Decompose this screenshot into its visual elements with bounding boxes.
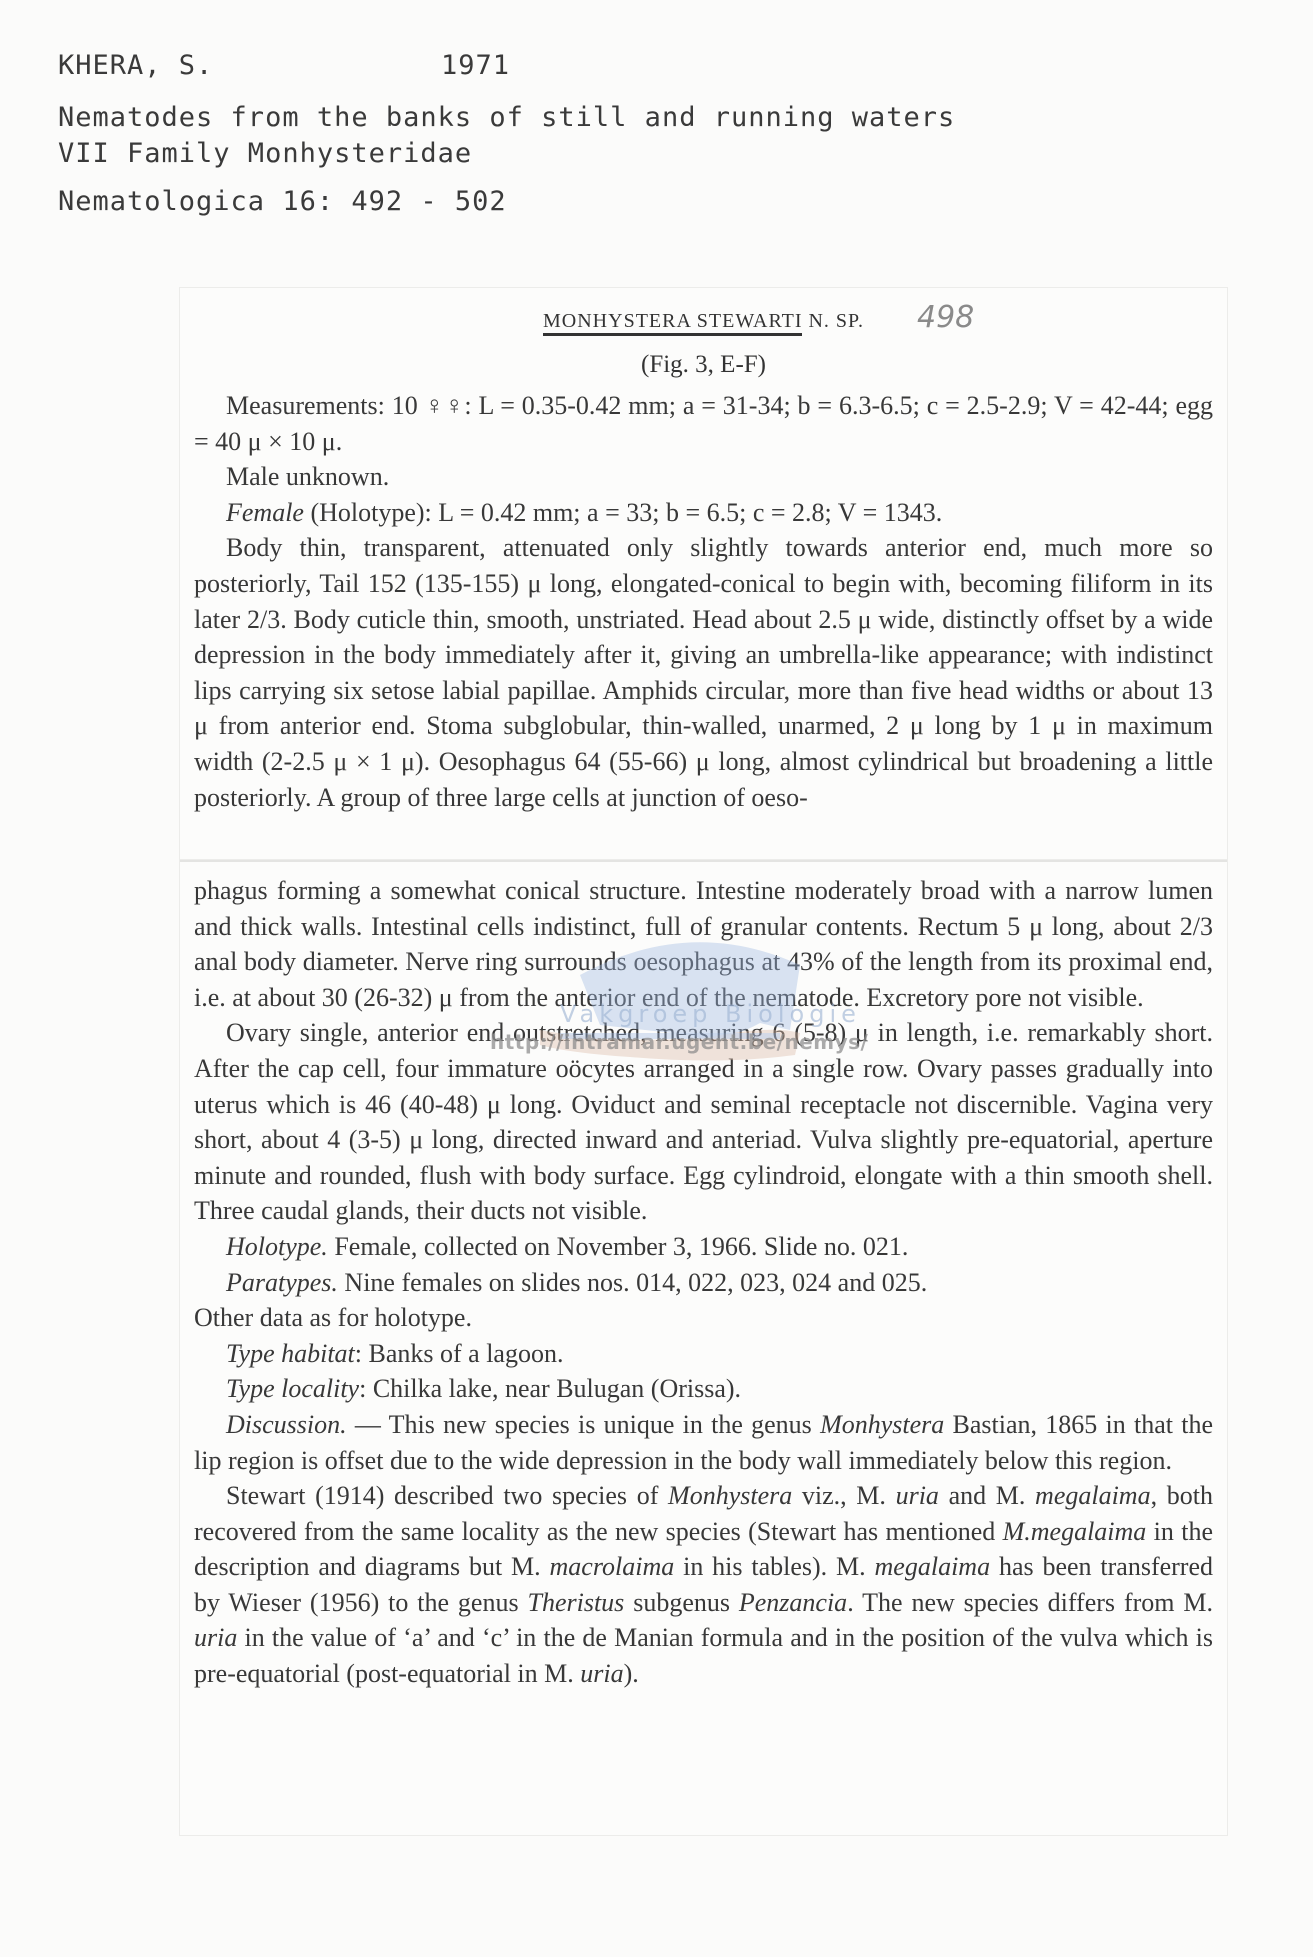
holotype-paragraph: Holotype. Female, collected on November … bbox=[194, 1229, 1213, 1265]
italic-term: uria bbox=[896, 1481, 939, 1510]
discussion-paragraph: Discussion. — This new species is unique… bbox=[194, 1407, 1213, 1478]
type-habitat-label: Type habitat bbox=[226, 1339, 355, 1368]
text-run: in the value of ‘a’ and ‘c’ in the de Ma… bbox=[194, 1623, 1213, 1688]
discussion-label: Discussion. bbox=[226, 1410, 347, 1439]
type-locality-paragraph: Type locality: Chilka lake, near Bulugan… bbox=[194, 1371, 1213, 1407]
handwritten-page-number: 498 bbox=[917, 300, 974, 335]
body-description-paragraph: Body thin, transparent, attenuated only … bbox=[194, 530, 1213, 815]
italic-term: megalaima bbox=[875, 1552, 991, 1581]
species-heading: MONHYSTERA STEWARTI N. SP. bbox=[180, 310, 1227, 333]
article-clipping-top: MONHYSTERA STEWARTI N. SP. 498 (Fig. 3, … bbox=[180, 288, 1227, 860]
text-run: ). bbox=[624, 1659, 639, 1688]
paratypes-paragraph: Paratypes. Nine females on slides nos. 0… bbox=[194, 1265, 1213, 1301]
type-habitat-text: : Banks of a lagoon. bbox=[355, 1339, 564, 1368]
measurements-paragraph: Measurements: 10 ♀♀: L = 0.35-0.42 mm; a… bbox=[194, 388, 1213, 459]
text-run: Stewart (1914) described two species of bbox=[226, 1481, 668, 1510]
text-run: in his tables). M. bbox=[674, 1552, 874, 1581]
watermark-url: http://intramar.ugent.be/nemys/ bbox=[490, 1030, 868, 1054]
reference-author: KHERA, S. bbox=[58, 50, 213, 81]
figure-reference: (Fig. 3, E-F) bbox=[180, 351, 1227, 379]
paratypes-label: Paratypes. bbox=[226, 1268, 338, 1297]
description-text-part2: phagus forming a somewhat conical struct… bbox=[194, 873, 1213, 1692]
discussion-genus: Monhystera bbox=[820, 1410, 944, 1439]
text-run: subgenus bbox=[624, 1588, 739, 1617]
type-habitat-paragraph: Type habitat: Banks of a lagoon. bbox=[194, 1336, 1213, 1372]
male-paragraph: Male unknown. bbox=[194, 459, 1213, 495]
holotype-text: Female, collected on November 3, 1966. S… bbox=[328, 1232, 909, 1261]
italic-term: uria bbox=[194, 1623, 237, 1652]
text-run: . The new species differs from M. bbox=[847, 1588, 1213, 1617]
reference-journal: Nematologica 16: 492 - 502 bbox=[58, 186, 507, 217]
italic-term: M.megalaima bbox=[1003, 1517, 1147, 1546]
type-locality-label: Type locality bbox=[226, 1374, 359, 1403]
holotype-label: Holotype. bbox=[226, 1232, 328, 1261]
description-text-part1: Measurements: 10 ♀♀: L = 0.35-0.42 mm; a… bbox=[194, 388, 1213, 815]
text-run: viz., M. bbox=[792, 1481, 895, 1510]
discussion-text1: — This new species is unique in the genu… bbox=[347, 1410, 820, 1439]
female-values: (Holotype): L = 0.42 mm; a = 33; b = 6.5… bbox=[304, 498, 942, 527]
species-name: MONHYSTERA STEWARTI bbox=[543, 310, 802, 336]
female-label: Female bbox=[226, 498, 304, 527]
species-suffix: N. SP. bbox=[802, 310, 863, 332]
italic-term: Theristus bbox=[527, 1588, 624, 1617]
text-run: and M. bbox=[939, 1481, 1035, 1510]
reference-year: 1971 bbox=[441, 50, 510, 81]
other-data-paragraph: Other data as for holotype. bbox=[194, 1300, 1213, 1336]
stewart-comparison-paragraph: Stewart (1914) described two species of … bbox=[194, 1478, 1213, 1692]
female-holotype-paragraph: Female (Holotype): L = 0.42 mm; a = 33; … bbox=[194, 495, 1213, 531]
italic-term: Penzancia bbox=[739, 1588, 847, 1617]
reference-title-line2: VII Family Monhysteridae bbox=[58, 138, 472, 169]
watermark-label: Vakgroep Biologie bbox=[560, 1000, 861, 1028]
oesophagus-continuation-paragraph: phagus forming a somewhat conical struct… bbox=[194, 873, 1213, 1015]
italic-term: megalaima bbox=[1035, 1481, 1151, 1510]
reference-title-line1: Nematodes from the banks of still and ru… bbox=[58, 102, 955, 133]
italic-term: uria bbox=[580, 1659, 623, 1688]
italic-term: macrolaima bbox=[550, 1552, 675, 1581]
italic-term: Monhystera bbox=[668, 1481, 792, 1510]
paratypes-text: Nine females on slides nos. 014, 022, 02… bbox=[338, 1268, 927, 1297]
type-locality-text: : Chilka lake, near Bulugan (Orissa). bbox=[359, 1374, 741, 1403]
